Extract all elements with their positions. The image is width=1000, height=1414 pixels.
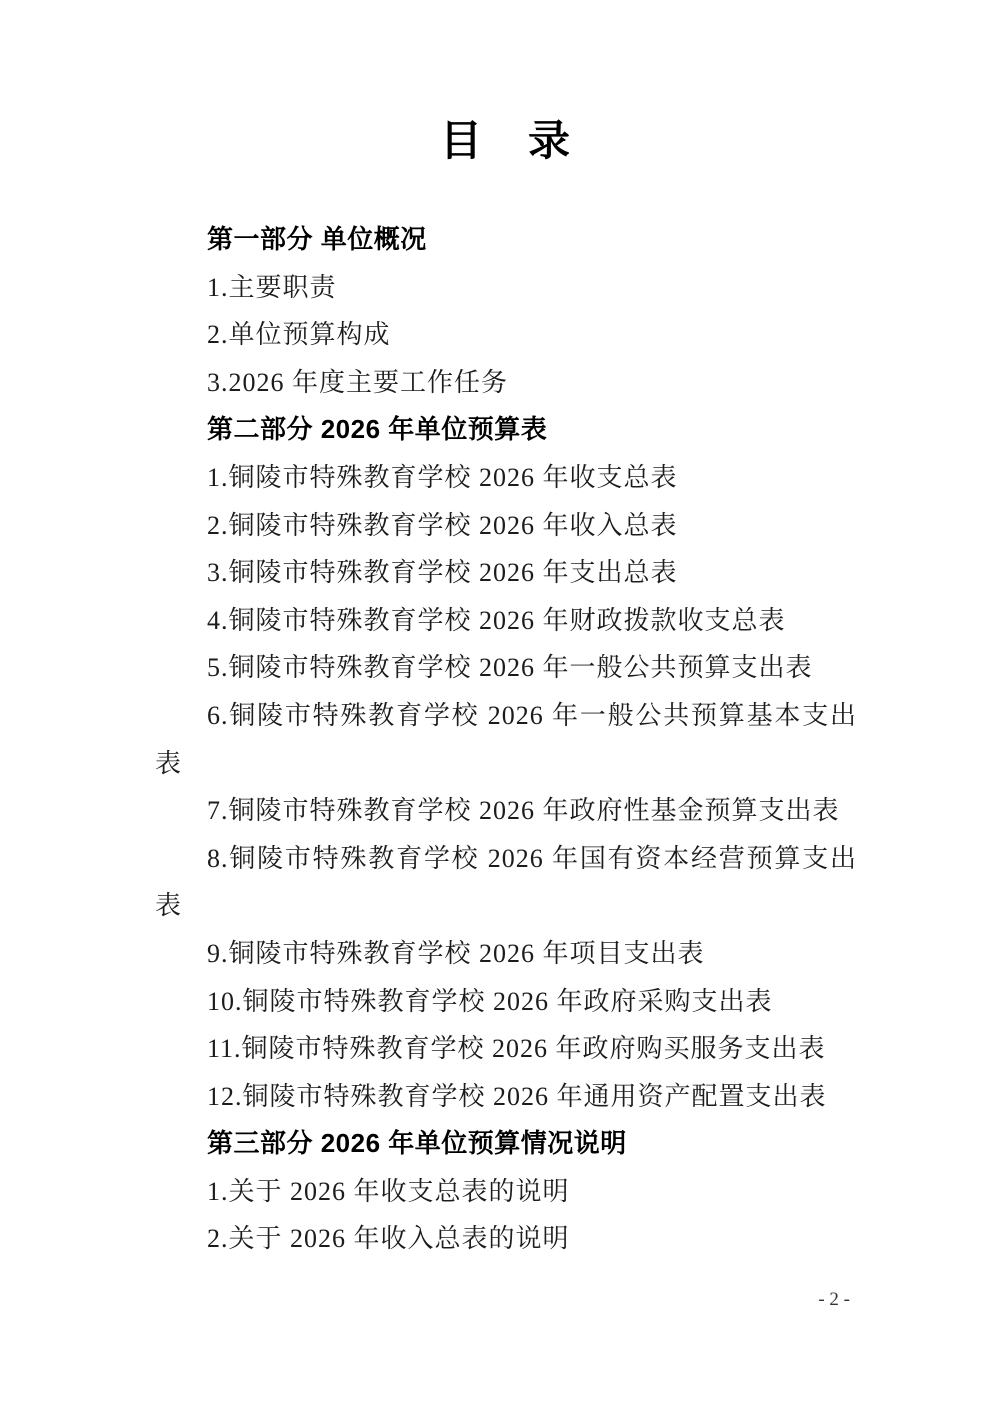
document-page: 目 录 第一部分 单位概况 1.主要职责 2.单位预算构成 3.2026 年度主…: [0, 0, 1000, 1414]
toc-item: 9.铜陵市特殊教育学校 2026 年项目支出表: [155, 930, 857, 978]
toc-item: 11.铜陵市特殊教育学校 2026 年政府购买服务支出表: [155, 1025, 857, 1073]
page-content: 目 录 第一部分 单位概况 1.主要职责 2.单位预算构成 3.2026 年度主…: [155, 112, 857, 1263]
toc-item: 2.单位预算构成: [155, 311, 857, 359]
toc-item: 5.铜陵市特殊教育学校 2026 年一般公共预算支出表: [155, 644, 857, 692]
toc-item: 10.铜陵市特殊教育学校 2026 年政府采购支出表: [155, 978, 857, 1026]
toc-item: 3.铜陵市特殊教育学校 2026 年支出总表: [155, 549, 857, 597]
toc-item: 4.铜陵市特殊教育学校 2026 年财政拨款收支总表: [155, 597, 857, 645]
page-title: 目 录: [155, 112, 857, 170]
toc-item: 7.铜陵市特殊教育学校 2026 年政府性基金预算支出表: [155, 787, 857, 835]
page-number: - 2 -: [818, 1288, 850, 1312]
table-of-contents: 第一部分 单位概况 1.主要职责 2.单位预算构成 3.2026 年度主要工作任…: [155, 216, 857, 1263]
toc-item: 1.关于 2026 年收支总表的说明: [155, 1168, 857, 1216]
toc-item: 6.铜陵市特殊教育学校 2026 年一般公共预算基本支出表: [155, 692, 857, 787]
section-3-heading: 第三部分 2026 年单位预算情况说明: [155, 1120, 857, 1168]
section-2-heading: 第二部分 2026 年单位预算表: [155, 406, 857, 454]
toc-item: 12.铜陵市特殊教育学校 2026 年通用资产配置支出表: [155, 1073, 857, 1121]
toc-item: 1.主要职责: [155, 264, 857, 312]
toc-item: 2.关于 2026 年收入总表的说明: [155, 1215, 857, 1263]
toc-item: 8.铜陵市特殊教育学校 2026 年国有资本经营预算支出表: [155, 835, 857, 930]
toc-item: 3.2026 年度主要工作任务: [155, 359, 857, 407]
toc-item: 1.铜陵市特殊教育学校 2026 年收支总表: [155, 454, 857, 502]
section-1-heading: 第一部分 单位概况: [155, 216, 857, 264]
toc-item: 2.铜陵市特殊教育学校 2026 年收入总表: [155, 502, 857, 550]
